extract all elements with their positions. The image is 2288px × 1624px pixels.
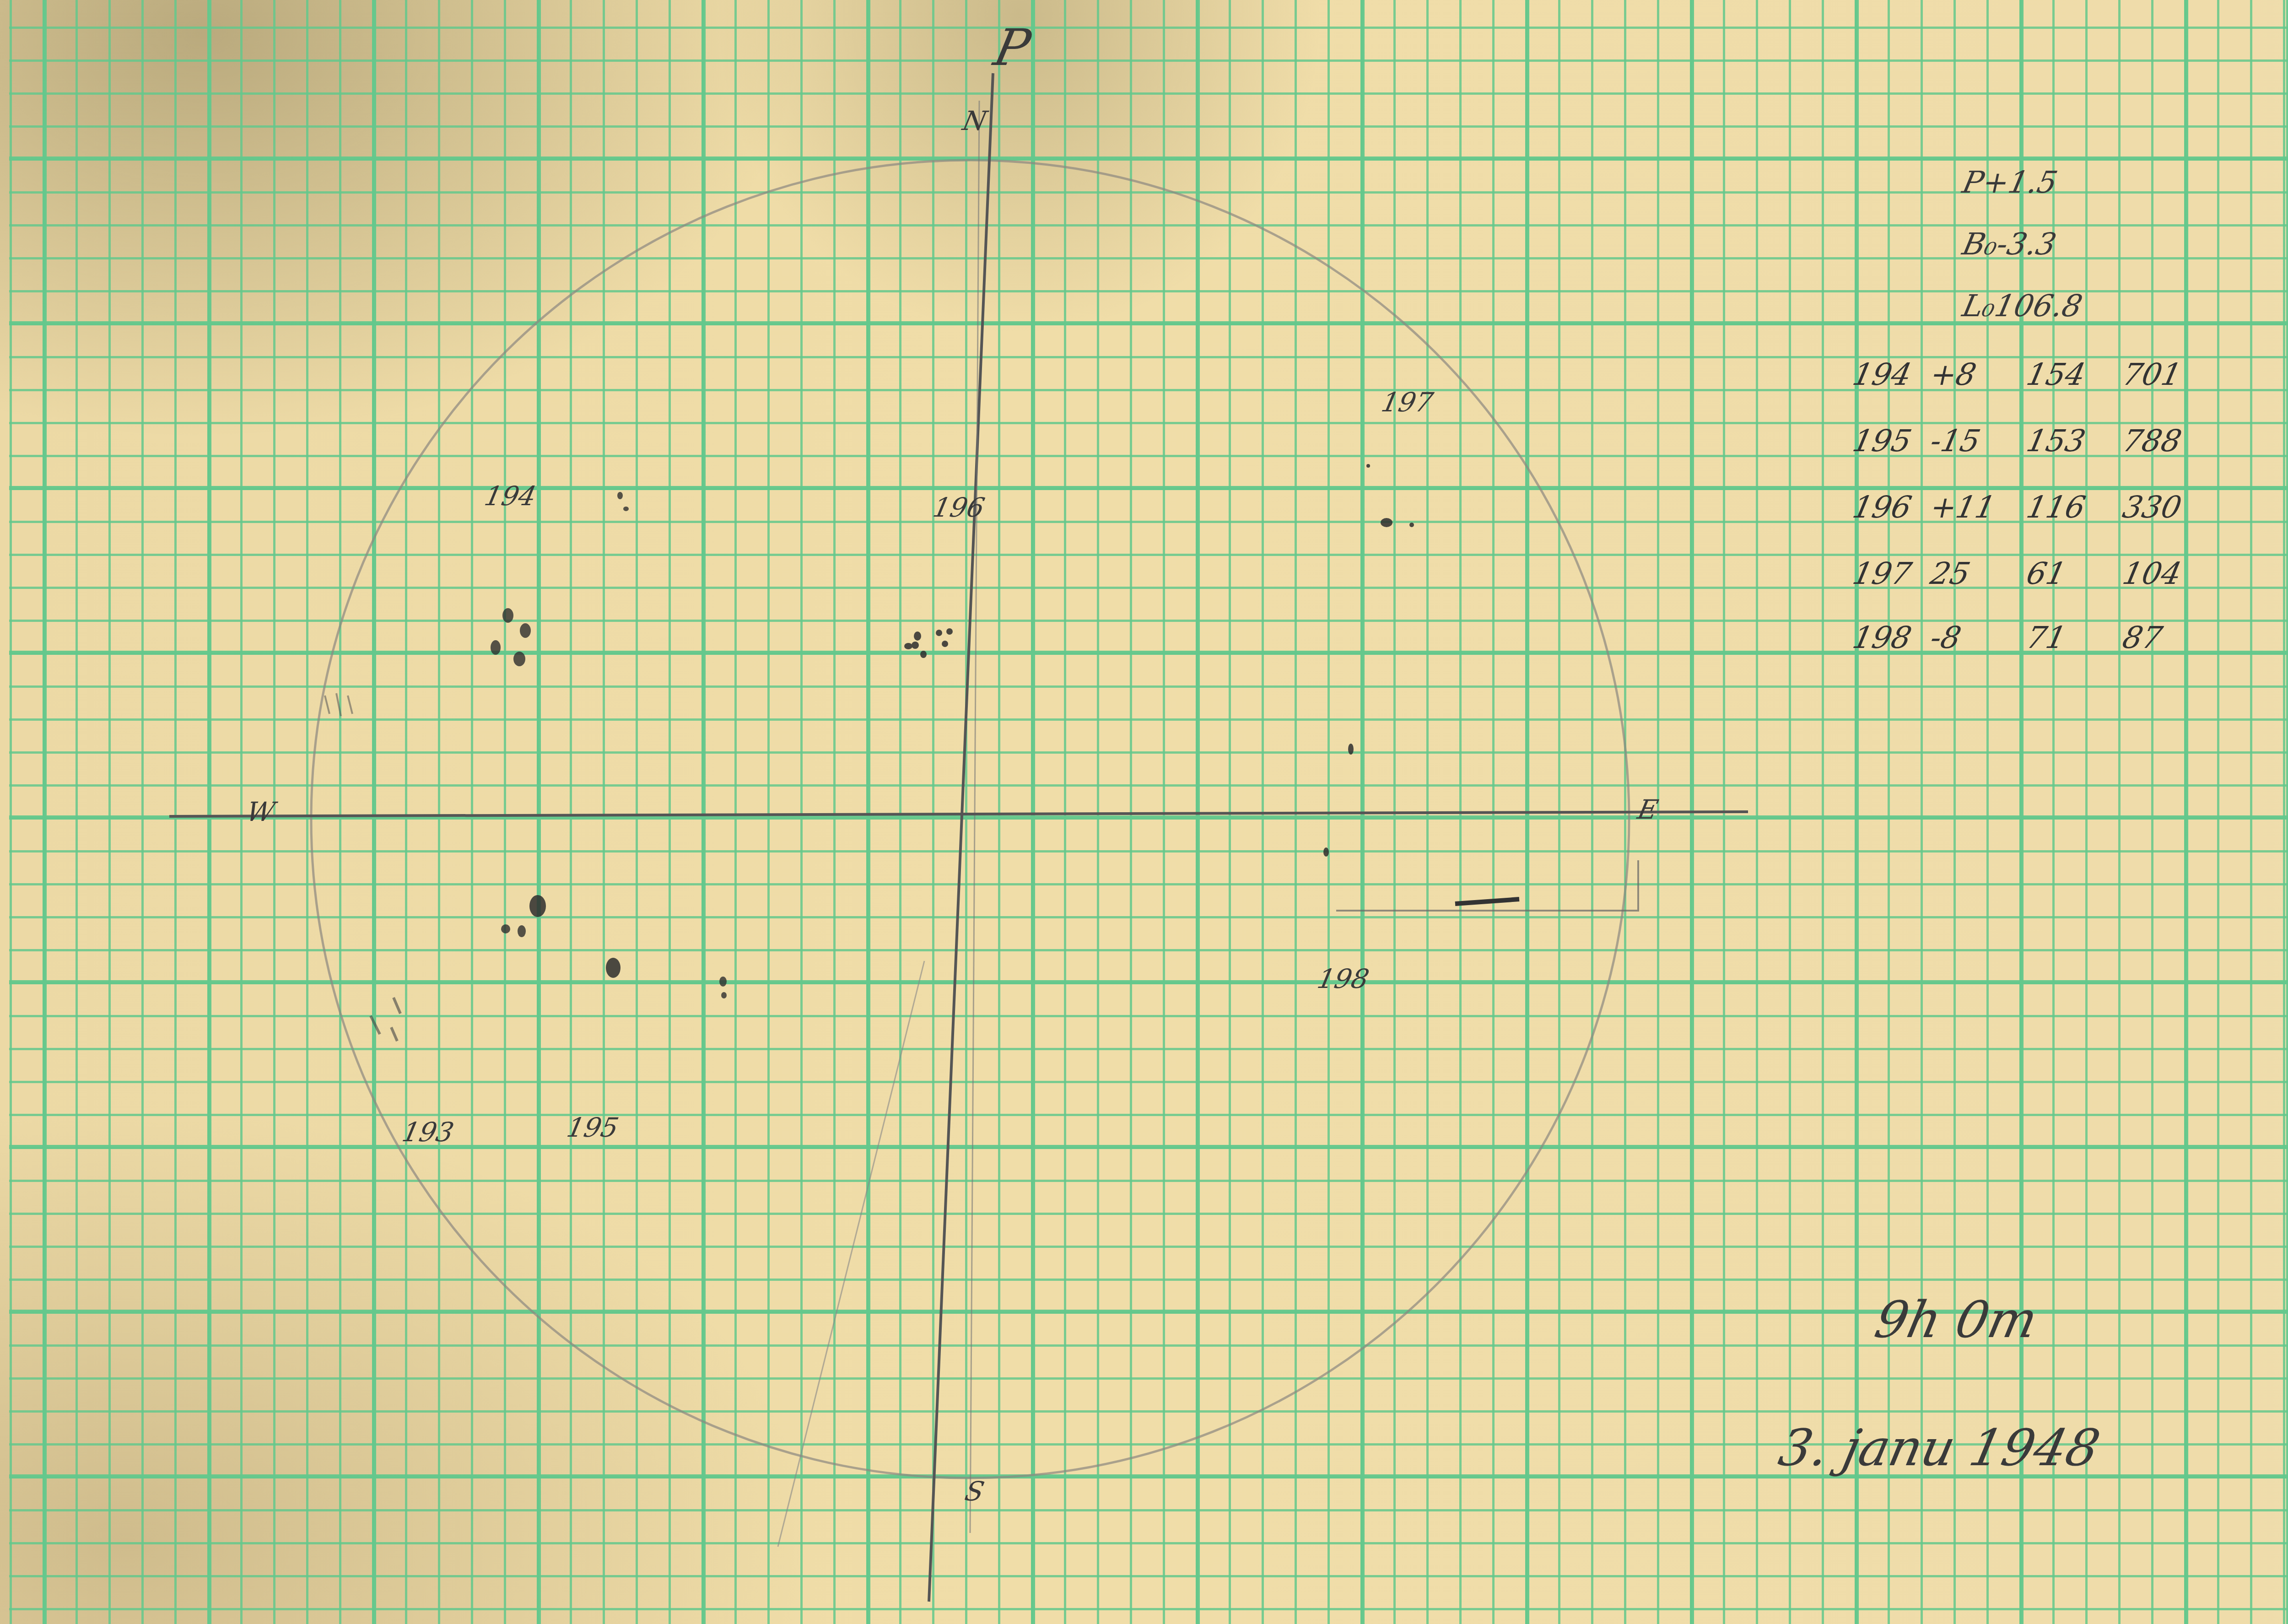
sunspot-group-196	[904, 628, 953, 658]
observation-time: 9h 0m	[1870, 1290, 2042, 1349]
cell-lat: +8	[1927, 357, 2031, 392]
sunspot-group-198	[1323, 744, 1354, 857]
table-row: 1972561104	[1850, 556, 2218, 591]
p-angle-value: P+1.5	[1959, 165, 2061, 200]
slanted-line	[778, 961, 924, 1547]
cell-lat: 25	[1927, 556, 2031, 591]
cell-col4: 701	[2120, 357, 2218, 392]
we-axis-line	[169, 812, 1748, 816]
group-label-195: 195	[564, 1112, 621, 1143]
b0-value: B₀-3.3	[1959, 227, 2060, 262]
group-label-196: 196	[930, 492, 988, 523]
observation-date: 3. janu 1948	[1774, 1419, 2105, 1477]
cell-col4: 788	[2120, 423, 2218, 459]
cell-col3: 154	[2024, 357, 2127, 392]
cell-col4: 330	[2120, 490, 2218, 525]
cell-lat: -15	[1927, 423, 2031, 459]
cell-lat: +11	[1927, 490, 2031, 525]
cell-group: 197	[1850, 556, 1935, 591]
cell-col3: 61	[2024, 556, 2127, 591]
table-row: 196+11116330	[1850, 490, 2218, 525]
table-row: 195-15153788	[1850, 423, 2218, 459]
sunspot-group-195	[501, 895, 727, 998]
l0-value: L₀106.8	[1959, 288, 2086, 324]
limb-marks	[325, 693, 352, 716]
cell-col4: 87	[2120, 620, 2218, 655]
solar-disk-outline	[311, 160, 1629, 1478]
group-label-198: 198	[1315, 963, 1372, 994]
cell-col4: 104	[2120, 556, 2218, 591]
sunspot-group-193	[371, 998, 400, 1041]
cell-lat: -8	[1927, 620, 2031, 655]
table-row: 198-87187	[1850, 620, 2218, 655]
solar-disk-drawing	[0, 0, 2288, 1624]
sunspot-group-197	[1366, 464, 1414, 527]
group-label-194: 194	[482, 480, 539, 512]
cell-group: 198	[1850, 620, 1935, 655]
group-label-197: 197	[1379, 387, 1436, 418]
ns-axis-secondary	[970, 101, 979, 1533]
cell-col3: 153	[2024, 423, 2127, 459]
group-label-193: 193	[399, 1117, 457, 1148]
cell-col3: 71	[2024, 620, 2127, 655]
cell-group: 194	[1850, 357, 1935, 392]
cell-col3: 116	[2024, 490, 2127, 525]
table-row: 194+8154701	[1850, 357, 2218, 392]
ns-axis-line	[929, 73, 993, 1602]
cell-group: 195	[1850, 423, 1935, 459]
dash-mark	[1455, 899, 1519, 904]
sunspot-group-194	[491, 492, 629, 666]
cell-group: 196	[1850, 490, 1935, 525]
